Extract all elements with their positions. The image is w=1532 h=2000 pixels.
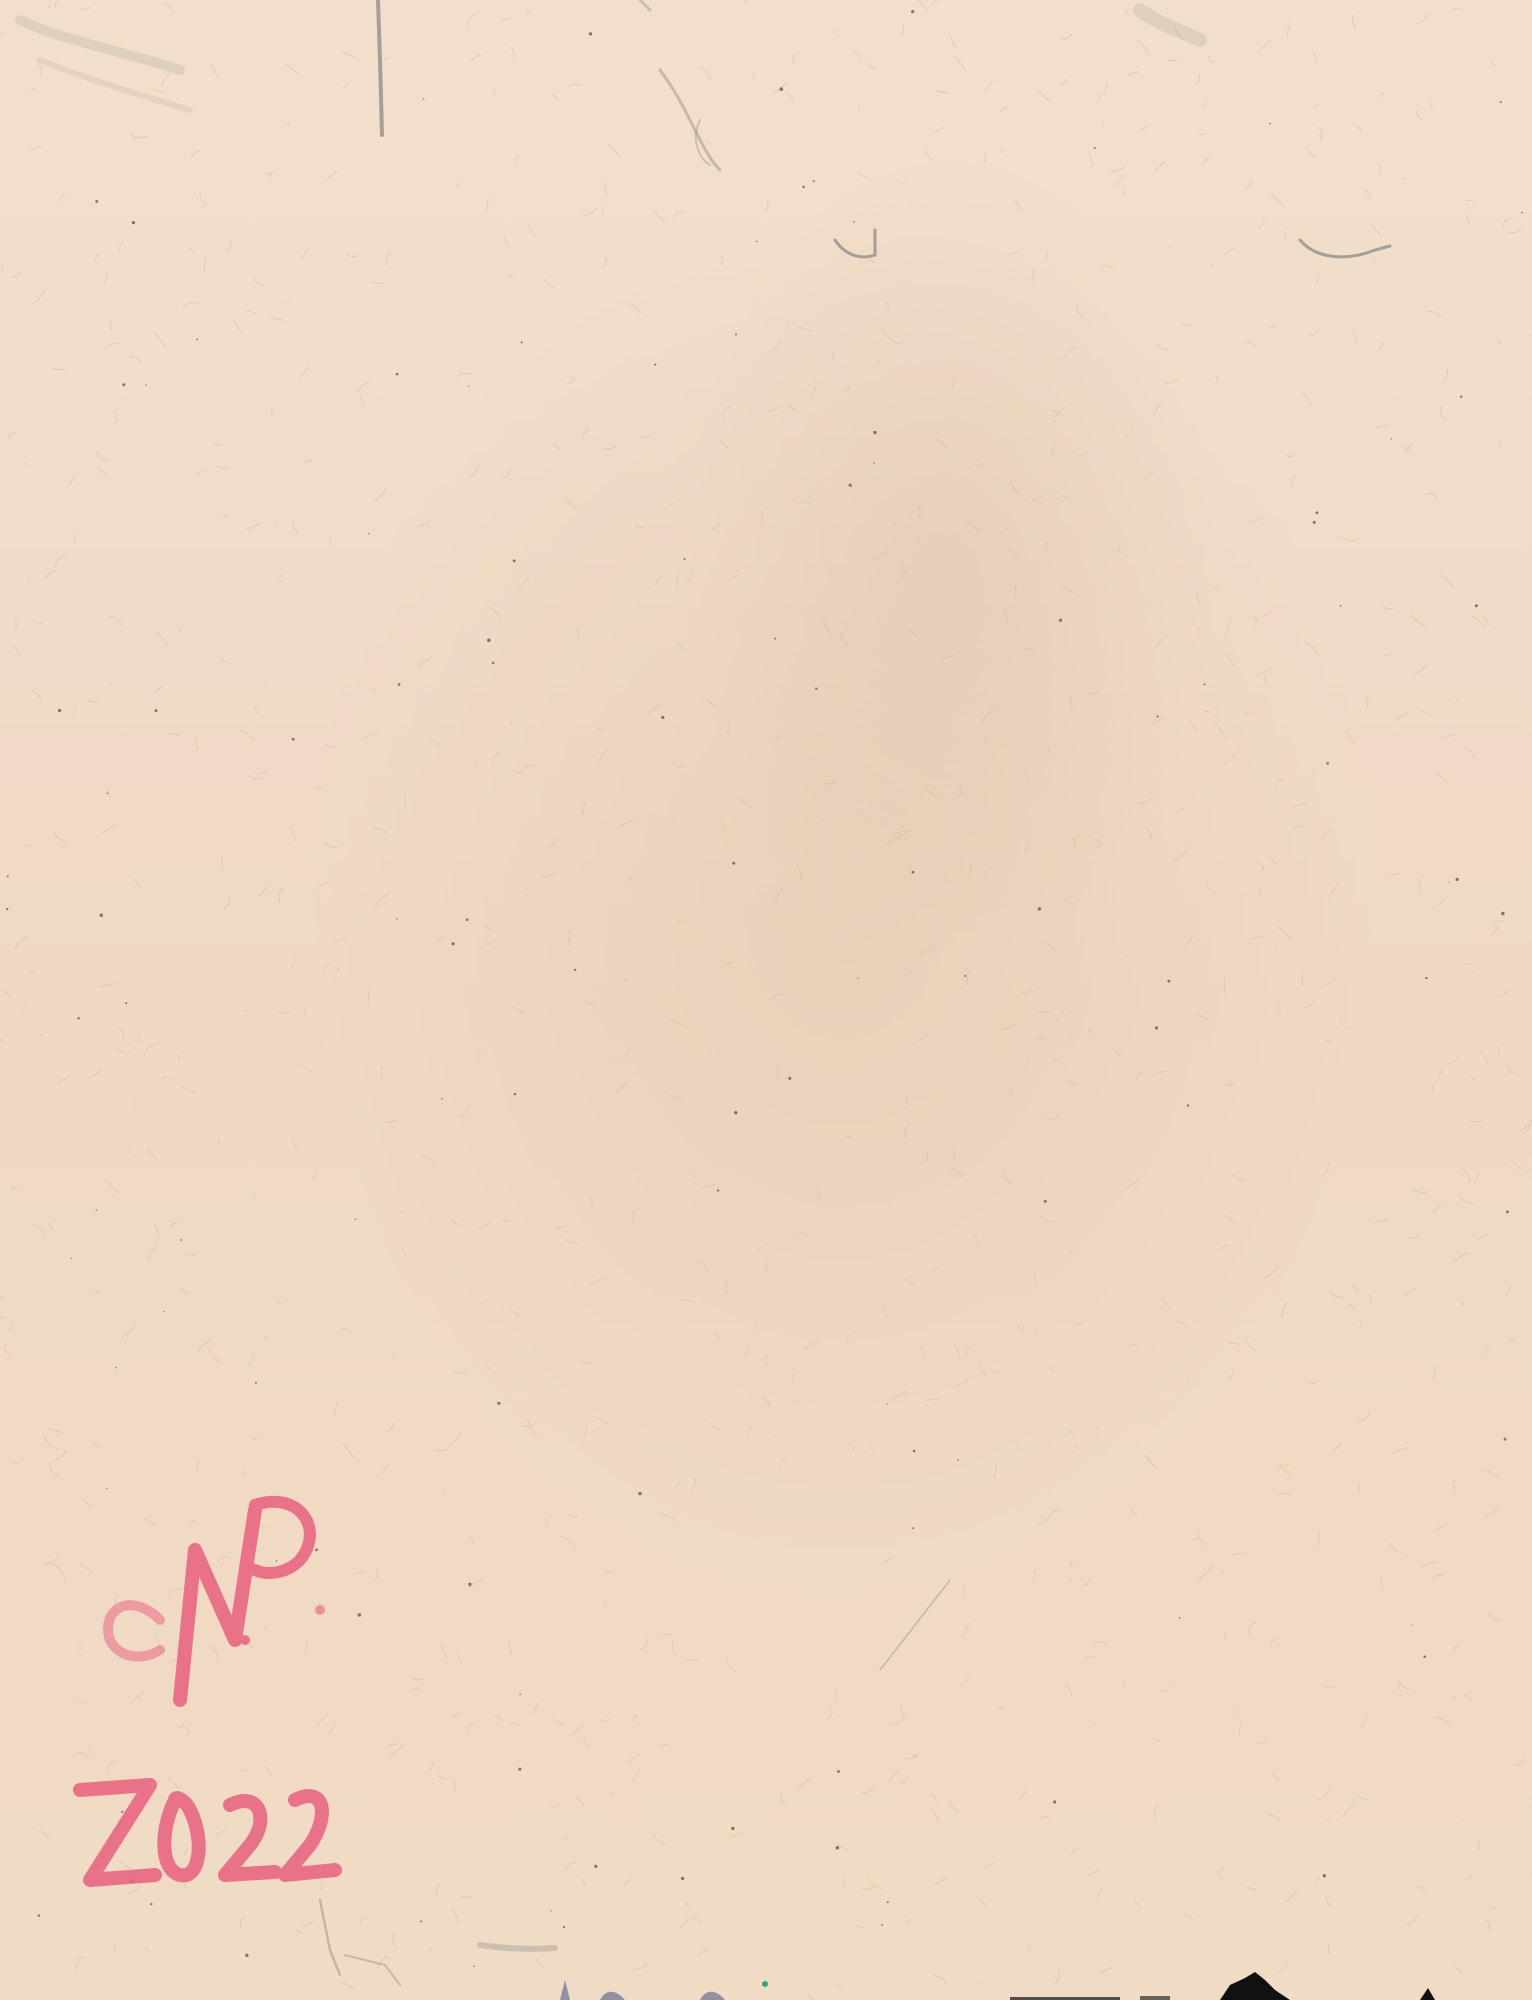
crayon-signature (60, 1460, 360, 1900)
ink-specks-bottom-edge (0, 1970, 1532, 2000)
